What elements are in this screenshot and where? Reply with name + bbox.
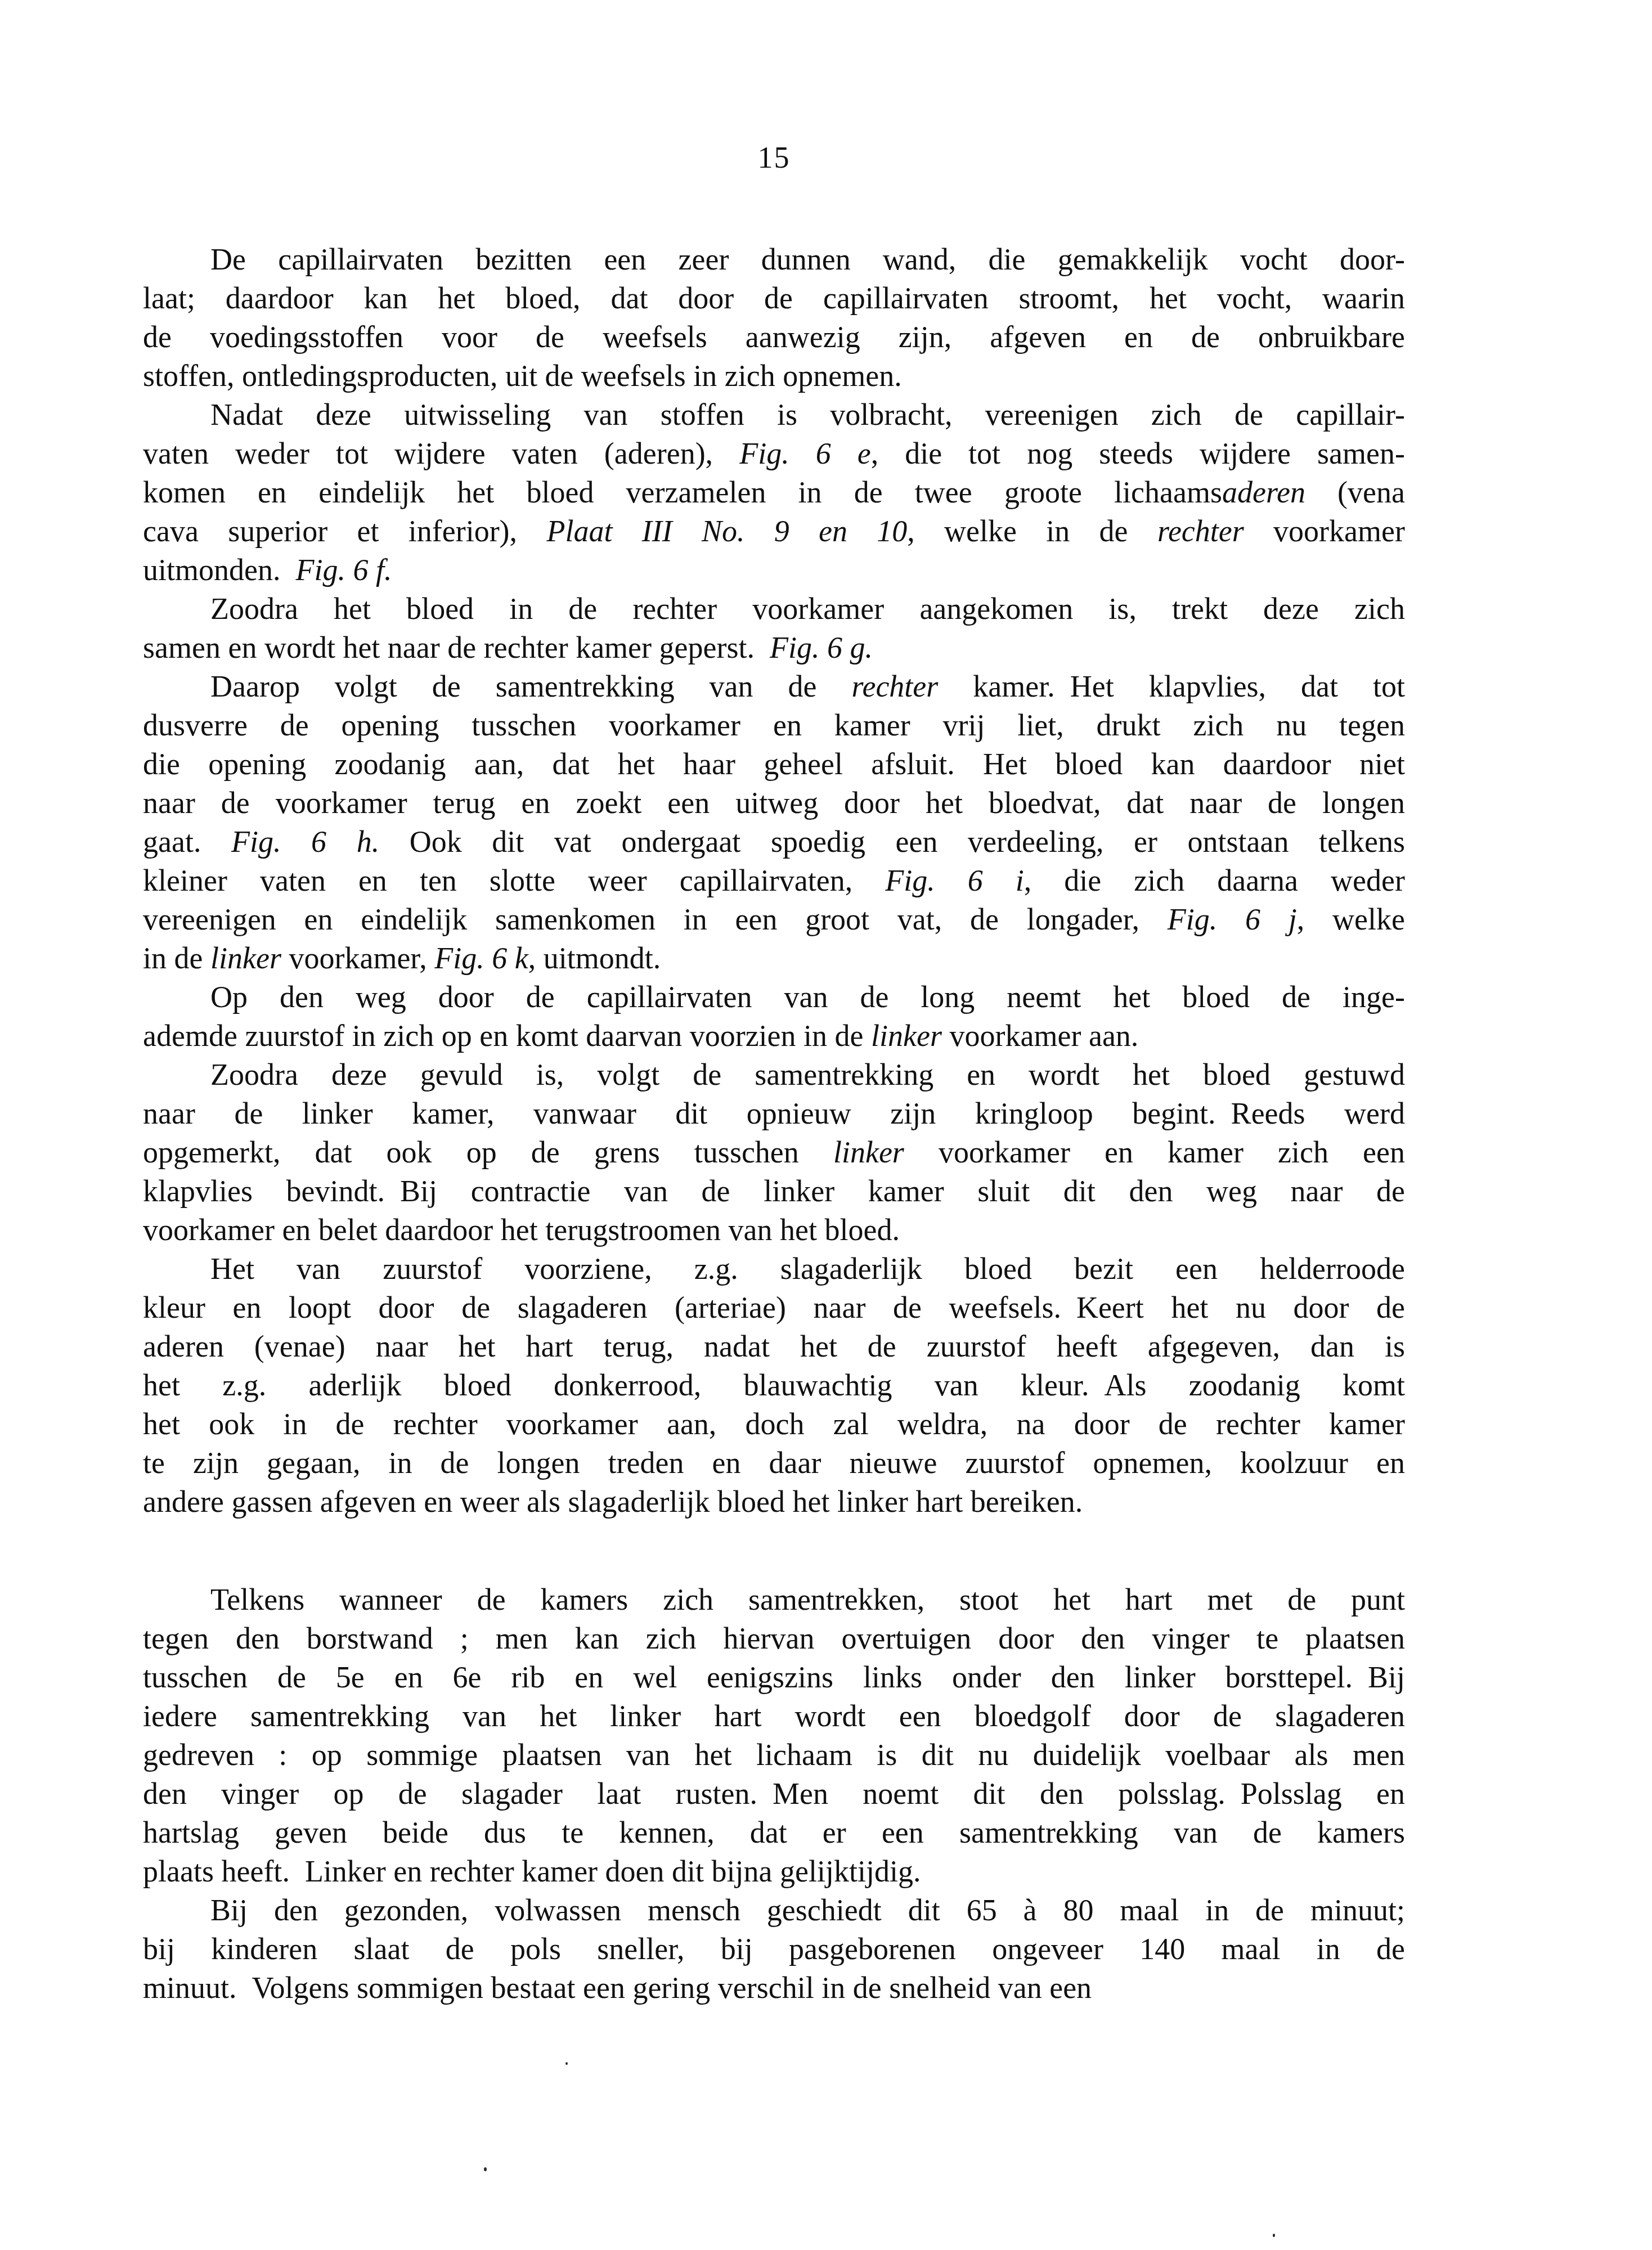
paragraph: Nadat deze uitwisseling van stoffen is v… — [143, 396, 1405, 590]
text-segment: vaten weder tot wijdere vaten (aderen), — [143, 437, 739, 470]
text-line: opgemerkt, dat ook op de grens tusschen … — [143, 1133, 1405, 1172]
text-line: gedreven : op sommige plaatsen van het l… — [143, 1736, 1405, 1775]
text-line: stoffen, ontledingsproducten, uit de wee… — [143, 357, 1405, 396]
text-line: iedere samentrekking van het linker hart… — [143, 1697, 1405, 1736]
text-segment: laat; daardoor kan het bloed, dat door d… — [143, 281, 1405, 315]
text-line: naar de voorkamer terug en zoekt een uit… — [143, 784, 1405, 823]
text-segment: De capillairvaten bezitten een zeer dunn… — [210, 242, 1405, 276]
text-segment: ademde zuurstof in zich op en komt daarv… — [143, 1019, 871, 1053]
text-segment: Zoodra deze gevuld is, volgt de samentre… — [210, 1058, 1405, 1092]
paragraph: Zoodra deze gevuld is, volgt de samentre… — [143, 1056, 1405, 1250]
text-segment: voorkamer, — [281, 941, 434, 975]
paragraph: Het van zuurstof voorziene, z.g. slagade… — [143, 1250, 1405, 1521]
text-line: tusschen de 5e en 6e rib en wel eenigszi… — [143, 1658, 1405, 1697]
text-segment: Telkens wanneer de kamers zich samentrek… — [210, 1583, 1405, 1616]
page-text: De capillairvaten bezitten een zeer dunn… — [143, 240, 1405, 2008]
text-segment: te zijn gegaan, in de longen treden en d… — [143, 1446, 1405, 1480]
text-segment: gedreven : op sommige plaatsen van het l… — [143, 1738, 1405, 1772]
text-segment-italic: aderen — [1222, 475, 1305, 509]
text-line: Daarop volgt de samentrekking van de rec… — [143, 667, 1405, 706]
text-segment: samen en wordt het naar de rechter kamer… — [143, 631, 770, 664]
text-segment-italic: linker — [871, 1019, 942, 1053]
text-segment: stoffen, ontledingsproducten, uit de wee… — [143, 359, 902, 393]
text-segment-italic: Fig. 6 g. — [770, 631, 873, 664]
text-segment: vereenigen en eindelijk samenkomen in ee… — [143, 902, 1168, 936]
text-column: 15 De capillairvaten bezitten een zeer d… — [143, 0, 1405, 2008]
paragraph: Daarop volgt de samentrekking van de rec… — [143, 667, 1405, 978]
text-line: samen en wordt het naar de rechter kamer… — [143, 628, 1405, 667]
text-line: Zoodra deze gevuld is, volgt de samentre… — [143, 1056, 1405, 1094]
text-segment-italic: Fig. 6 h. — [231, 825, 379, 859]
text-segment-italic: Fig. 6 e — [739, 437, 870, 470]
text-segment: cava superior et inferior), — [143, 514, 546, 548]
text-segment: tusschen de 5e en 6e rib en wel eenigszi… — [143, 1660, 1405, 1694]
text-segment: aderen (venae) naar het hart terug, nada… — [143, 1330, 1405, 1363]
text-line: aderen (venae) naar het hart terug, nada… — [143, 1327, 1405, 1366]
text-segment: die opening zoodanig aan, dat het haar g… — [143, 747, 1405, 781]
text-segment: voorkamer aan. — [942, 1019, 1138, 1053]
text-line: uitmonden. Fig. 6 f. — [143, 551, 1405, 590]
text-segment: , welke — [1297, 902, 1405, 936]
text-segment: in de — [143, 941, 210, 975]
text-line: Zoodra het bloed in de rechter voorkamer… — [143, 590, 1405, 628]
text-line: laat; daardoor kan het bloed, dat door d… — [143, 279, 1405, 318]
text-segment: Op den weg door de capillairvaten van de… — [210, 980, 1405, 1014]
text-segment: , die tot nog steeds wijdere samen- — [871, 437, 1405, 470]
text-segment: het ook in de rechter voorkamer aan, doc… — [143, 1407, 1405, 1441]
text-line: het z.g. aderlijk bloed donkerrood, blau… — [143, 1366, 1405, 1405]
text-line: De capillairvaten bezitten een zeer dunn… — [143, 240, 1405, 279]
text-segment-italic: Fig. 6 j — [1168, 902, 1297, 936]
paragraph: Bij den gezonden, volwassen mensch gesch… — [143, 1891, 1405, 2008]
text-segment: naar de linker kamer, vanwaar dit opnieu… — [143, 1097, 1405, 1130]
text-segment: Het van zuurstof voorziene, z.g. slagade… — [210, 1252, 1405, 1286]
paragraph: Op den weg door de capillairvaten van de… — [143, 978, 1405, 1056]
scan-speck — [1273, 2234, 1275, 2237]
text-segment: plaats heeft. Linker en rechter kamer do… — [143, 1854, 921, 1888]
scan-speck — [484, 2167, 487, 2171]
text-line: plaats heeft. Linker en rechter kamer do… — [143, 1852, 1405, 1891]
text-line: te zijn gegaan, in de longen treden en d… — [143, 1444, 1405, 1483]
text-segment: (vena — [1305, 475, 1405, 509]
text-segment: den vinger op de slagader laat rusten. M… — [143, 1777, 1405, 1811]
text-line: andere gassen afgeven en weer als slagad… — [143, 1483, 1405, 1521]
text-segment: voorkamer — [1244, 514, 1405, 548]
text-segment: voorkamer en belet daardoor het terugstr… — [143, 1213, 900, 1247]
text-segment: kamer. Het klapvlies, dat tot — [938, 670, 1405, 703]
text-segment: naar de voorkamer terug en zoekt een uit… — [143, 786, 1405, 820]
text-line: cava superior et inferior), Plaat III No… — [143, 512, 1405, 551]
text-line: Op den weg door de capillairvaten van de… — [143, 978, 1405, 1017]
text-segment: Zoodra het bloed in de rechter voorkamer… — [210, 592, 1405, 626]
text-line: dusverre de opening tusschen voorkamer e… — [143, 706, 1405, 745]
text-line: bij kinderen slaat de pols sneller, bij … — [143, 1930, 1405, 1969]
text-line: vereenigen en eindelijk samenkomen in ee… — [143, 900, 1405, 939]
paragraph: Zoodra het bloed in de rechter voorkamer… — [143, 590, 1405, 667]
text-segment: minuut. Volgens sommigen bestaat een ger… — [143, 1971, 1092, 2005]
text-line: klapvlies bevindt. Bij contractie van de… — [143, 1172, 1405, 1211]
text-line: Nadat deze uitwisseling van stoffen is v… — [143, 396, 1405, 434]
text-segment-italic: linker — [210, 941, 281, 975]
text-line: komen en eindelijk het bloed verzamelen … — [143, 473, 1405, 512]
text-segment: uitmonden. — [143, 553, 295, 587]
text-line: ademde zuurstof in zich op en komt daarv… — [143, 1017, 1405, 1056]
text-segment: komen en eindelijk het bloed verzamelen … — [143, 475, 1222, 509]
paragraph: Telkens wanneer de kamers zich samentrek… — [143, 1580, 1405, 1891]
text-segment-italic: Fig. 6 k — [434, 941, 528, 975]
paragraph: De capillairvaten bezitten een zeer dunn… — [143, 240, 1405, 396]
text-segment: , die zich daarna weder — [1024, 864, 1405, 897]
text-line: hartslag geven beide dus te kennen, dat … — [143, 1813, 1405, 1852]
text-line: Bij den gezonden, volwassen mensch gesch… — [143, 1891, 1405, 1930]
text-segment-italic: Fig. 6 f. — [295, 553, 392, 587]
text-line: tegen den borstwand ; men kan zich hierv… — [143, 1619, 1405, 1658]
text-segment: Nadat deze uitwisseling van stoffen is v… — [210, 398, 1405, 432]
text-segment: , welke in de — [907, 514, 1157, 548]
text-segment: gaat. — [143, 825, 231, 859]
text-line: Het van zuurstof voorziene, z.g. slagade… — [143, 1250, 1405, 1288]
scanned-book-page: 15 De capillairvaten bezitten een zeer d… — [0, 0, 1652, 2250]
scan-speck — [565, 2062, 568, 2065]
text-segment: Bij den gezonden, volwassen mensch gesch… — [210, 1893, 1405, 1927]
text-segment: het z.g. aderlijk bloed donkerrood, blau… — [143, 1368, 1405, 1402]
text-segment-italic: rechter — [1157, 514, 1244, 548]
text-line: voorkamer en belet daardoor het terugstr… — [143, 1211, 1405, 1250]
text-segment: opgemerkt, dat ook op de grens tusschen — [143, 1135, 833, 1169]
text-segment: klapvlies bevindt. Bij contractie van de… — [143, 1174, 1405, 1208]
text-segment: tegen den borstwand ; men kan zich hierv… — [143, 1622, 1405, 1655]
text-line: de voedingsstoffen voor de weefsels aanw… — [143, 318, 1405, 357]
text-segment: dusverre de opening tusschen voorkamer e… — [143, 708, 1405, 742]
text-segment-italic: rechter — [851, 670, 938, 703]
text-line: het ook in de rechter voorkamer aan, doc… — [143, 1405, 1405, 1444]
text-segment: bij kinderen slaat de pols sneller, bij … — [143, 1932, 1405, 1966]
text-line: kleiner vaten en ten slotte weer capilla… — [143, 861, 1405, 900]
text-segment: andere gassen afgeven en weer als slagad… — [143, 1485, 1083, 1519]
text-segment: voorkamer en kamer zich een — [904, 1135, 1405, 1169]
text-segment: hartslag geven beide dus te kennen, dat … — [143, 1816, 1405, 1849]
text-line: kleur en loopt door de slagaderen (arter… — [143, 1288, 1405, 1327]
text-segment: kleur en loopt door de slagaderen (arter… — [143, 1291, 1405, 1324]
text-segment-italic: Plaat III No. 9 en 10 — [546, 514, 907, 548]
text-line: vaten weder tot wijdere vaten (aderen), … — [143, 434, 1405, 473]
text-segment: de voedingsstoffen voor de weefsels aanw… — [143, 320, 1405, 354]
text-line: die opening zoodanig aan, dat het haar g… — [143, 745, 1405, 784]
text-segment: iedere samentrekking van het linker hart… — [143, 1699, 1405, 1733]
text-segment: Daarop volgt de samentrekking van de — [210, 670, 851, 703]
text-segment-italic: Fig. 6 i — [885, 864, 1024, 897]
text-line: Telkens wanneer de kamers zich samentrek… — [143, 1580, 1405, 1619]
text-line: den vinger op de slagader laat rusten. M… — [143, 1775, 1405, 1813]
text-segment: Ook dit vat ondergaat spoedig een verdee… — [379, 825, 1405, 859]
text-line: minuut. Volgens sommigen bestaat een ger… — [143, 1969, 1405, 2008]
text-line: gaat. Fig. 6 h. Ook dit vat ondergaat sp… — [143, 823, 1405, 861]
text-segment: , uitmondt. — [528, 941, 661, 975]
text-line: in de linker voorkamer, Fig. 6 k, uitmon… — [143, 939, 1405, 978]
text-segment: kleiner vaten en ten slotte weer capilla… — [143, 864, 885, 897]
text-line: naar de linker kamer, vanwaar dit opnieu… — [143, 1094, 1405, 1133]
page-number: 15 — [143, 0, 1405, 177]
text-segment-italic: linker — [833, 1135, 904, 1169]
